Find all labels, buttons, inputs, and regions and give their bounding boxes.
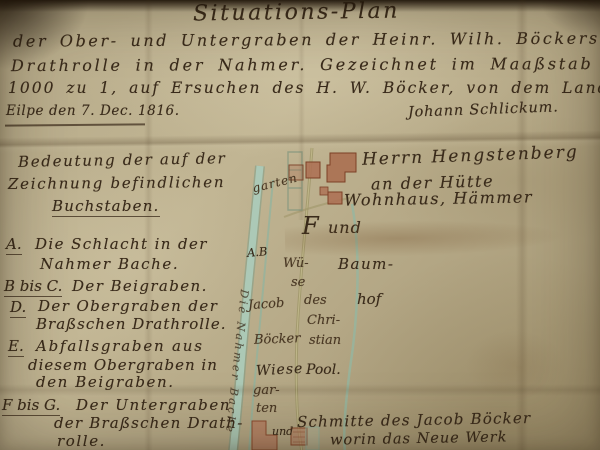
map-label-pool: Pool. [306, 363, 341, 378]
property-note-bottom-line-1: Schmitte des Jacob Böcker [297, 410, 532, 431]
legend-item-bc-key: B bis C. [4, 278, 62, 295]
building-l-shaped-wohnhaus [327, 153, 356, 182]
map-label-point-ab: A.B [246, 245, 267, 259]
map-label-wiese-upper-1: Wü- [283, 257, 309, 271]
legend-heading-line-1: Bedeutung der auf der [18, 150, 227, 170]
legend-item-d-key: D. [10, 299, 26, 316]
map-label-point-f: F [302, 213, 319, 239]
map-label-wiese-upper-2: se [291, 276, 305, 290]
building-square-2 [328, 192, 342, 204]
map-label-chri: Chri- [307, 314, 340, 328]
legend-item-d-line-2: Braßschen Drathrolle. [36, 316, 227, 333]
photographed-historical-map-document: Situations-Plan der Ober- und Untergrabe… [0, 0, 600, 450]
legend-item-bc-line-1: Der Beigraben. [72, 278, 208, 295]
building-tiny [320, 187, 328, 195]
legend-item-e-line-2: diesem Obergraben in [28, 357, 218, 374]
subtitle-line-1: der Ober- und Untergraben der Heinr. Wil… [13, 29, 600, 50]
subtitle-line-2: Drathrolle in der Nahmer. Gezeichnet im … [11, 55, 600, 75]
legend-item-fg-line-3: rolle. [57, 433, 106, 450]
map-label-stian: stian [309, 334, 341, 348]
document-title: Situations-Plan [193, 0, 400, 27]
map-label-boecker: Böcker [254, 332, 301, 348]
legend-item-e-line-3: den Beigraben. [36, 374, 175, 391]
property-note-bottom-und: und [272, 426, 293, 438]
legend-heading-line-2: Zeichnung befindlichen [8, 174, 225, 192]
legend-heading-line-3: Buchstaben. [52, 198, 160, 215]
property-note-line-3: Wohnhaus, Hämmer [344, 188, 533, 209]
map-label-garten2-2: ten [256, 402, 277, 416]
map-label-wiese-lower: Wiese [256, 362, 304, 380]
legend-item-a-line-1: Die Schlacht in der [35, 236, 208, 253]
map-label-jacob: Jacob [248, 297, 285, 314]
legend-item-fg-key: F bis G. [2, 397, 60, 414]
map-label-baumhof-2: hof [357, 291, 381, 308]
property-note-bottom-line-2: worin das Neue Werk [330, 430, 508, 449]
map-label-garten2-1: gar- [253, 384, 280, 398]
legend-heading-underlined: Buchstaben. [52, 197, 160, 217]
legend-item-a-key: A. [6, 236, 22, 253]
building-square [306, 162, 320, 178]
legend-item-d-line-1: Der Obergraben der [38, 298, 218, 315]
map-label-des: des [304, 294, 327, 308]
legend-item-e-key: E. [8, 338, 24, 355]
legend-item-e-line-1: Abfallsgraben aus [36, 338, 204, 355]
dateline: Eilpe den 7. Dec. 1816. [6, 104, 180, 119]
legend-item-fg-line-2: der Braßschen Drath- [54, 415, 244, 432]
legend-item-a-line-2: Nahmer Bache. [40, 256, 179, 273]
map-label-baumhof-1: Baum- [338, 256, 394, 273]
property-note-line-4: und [328, 219, 362, 237]
legend-item-fg-line-1: Der Untergraben [76, 397, 231, 414]
subtitle-line-3: 1000 zu 1, auf Ersuchen des H. W. Böcker… [8, 80, 600, 97]
